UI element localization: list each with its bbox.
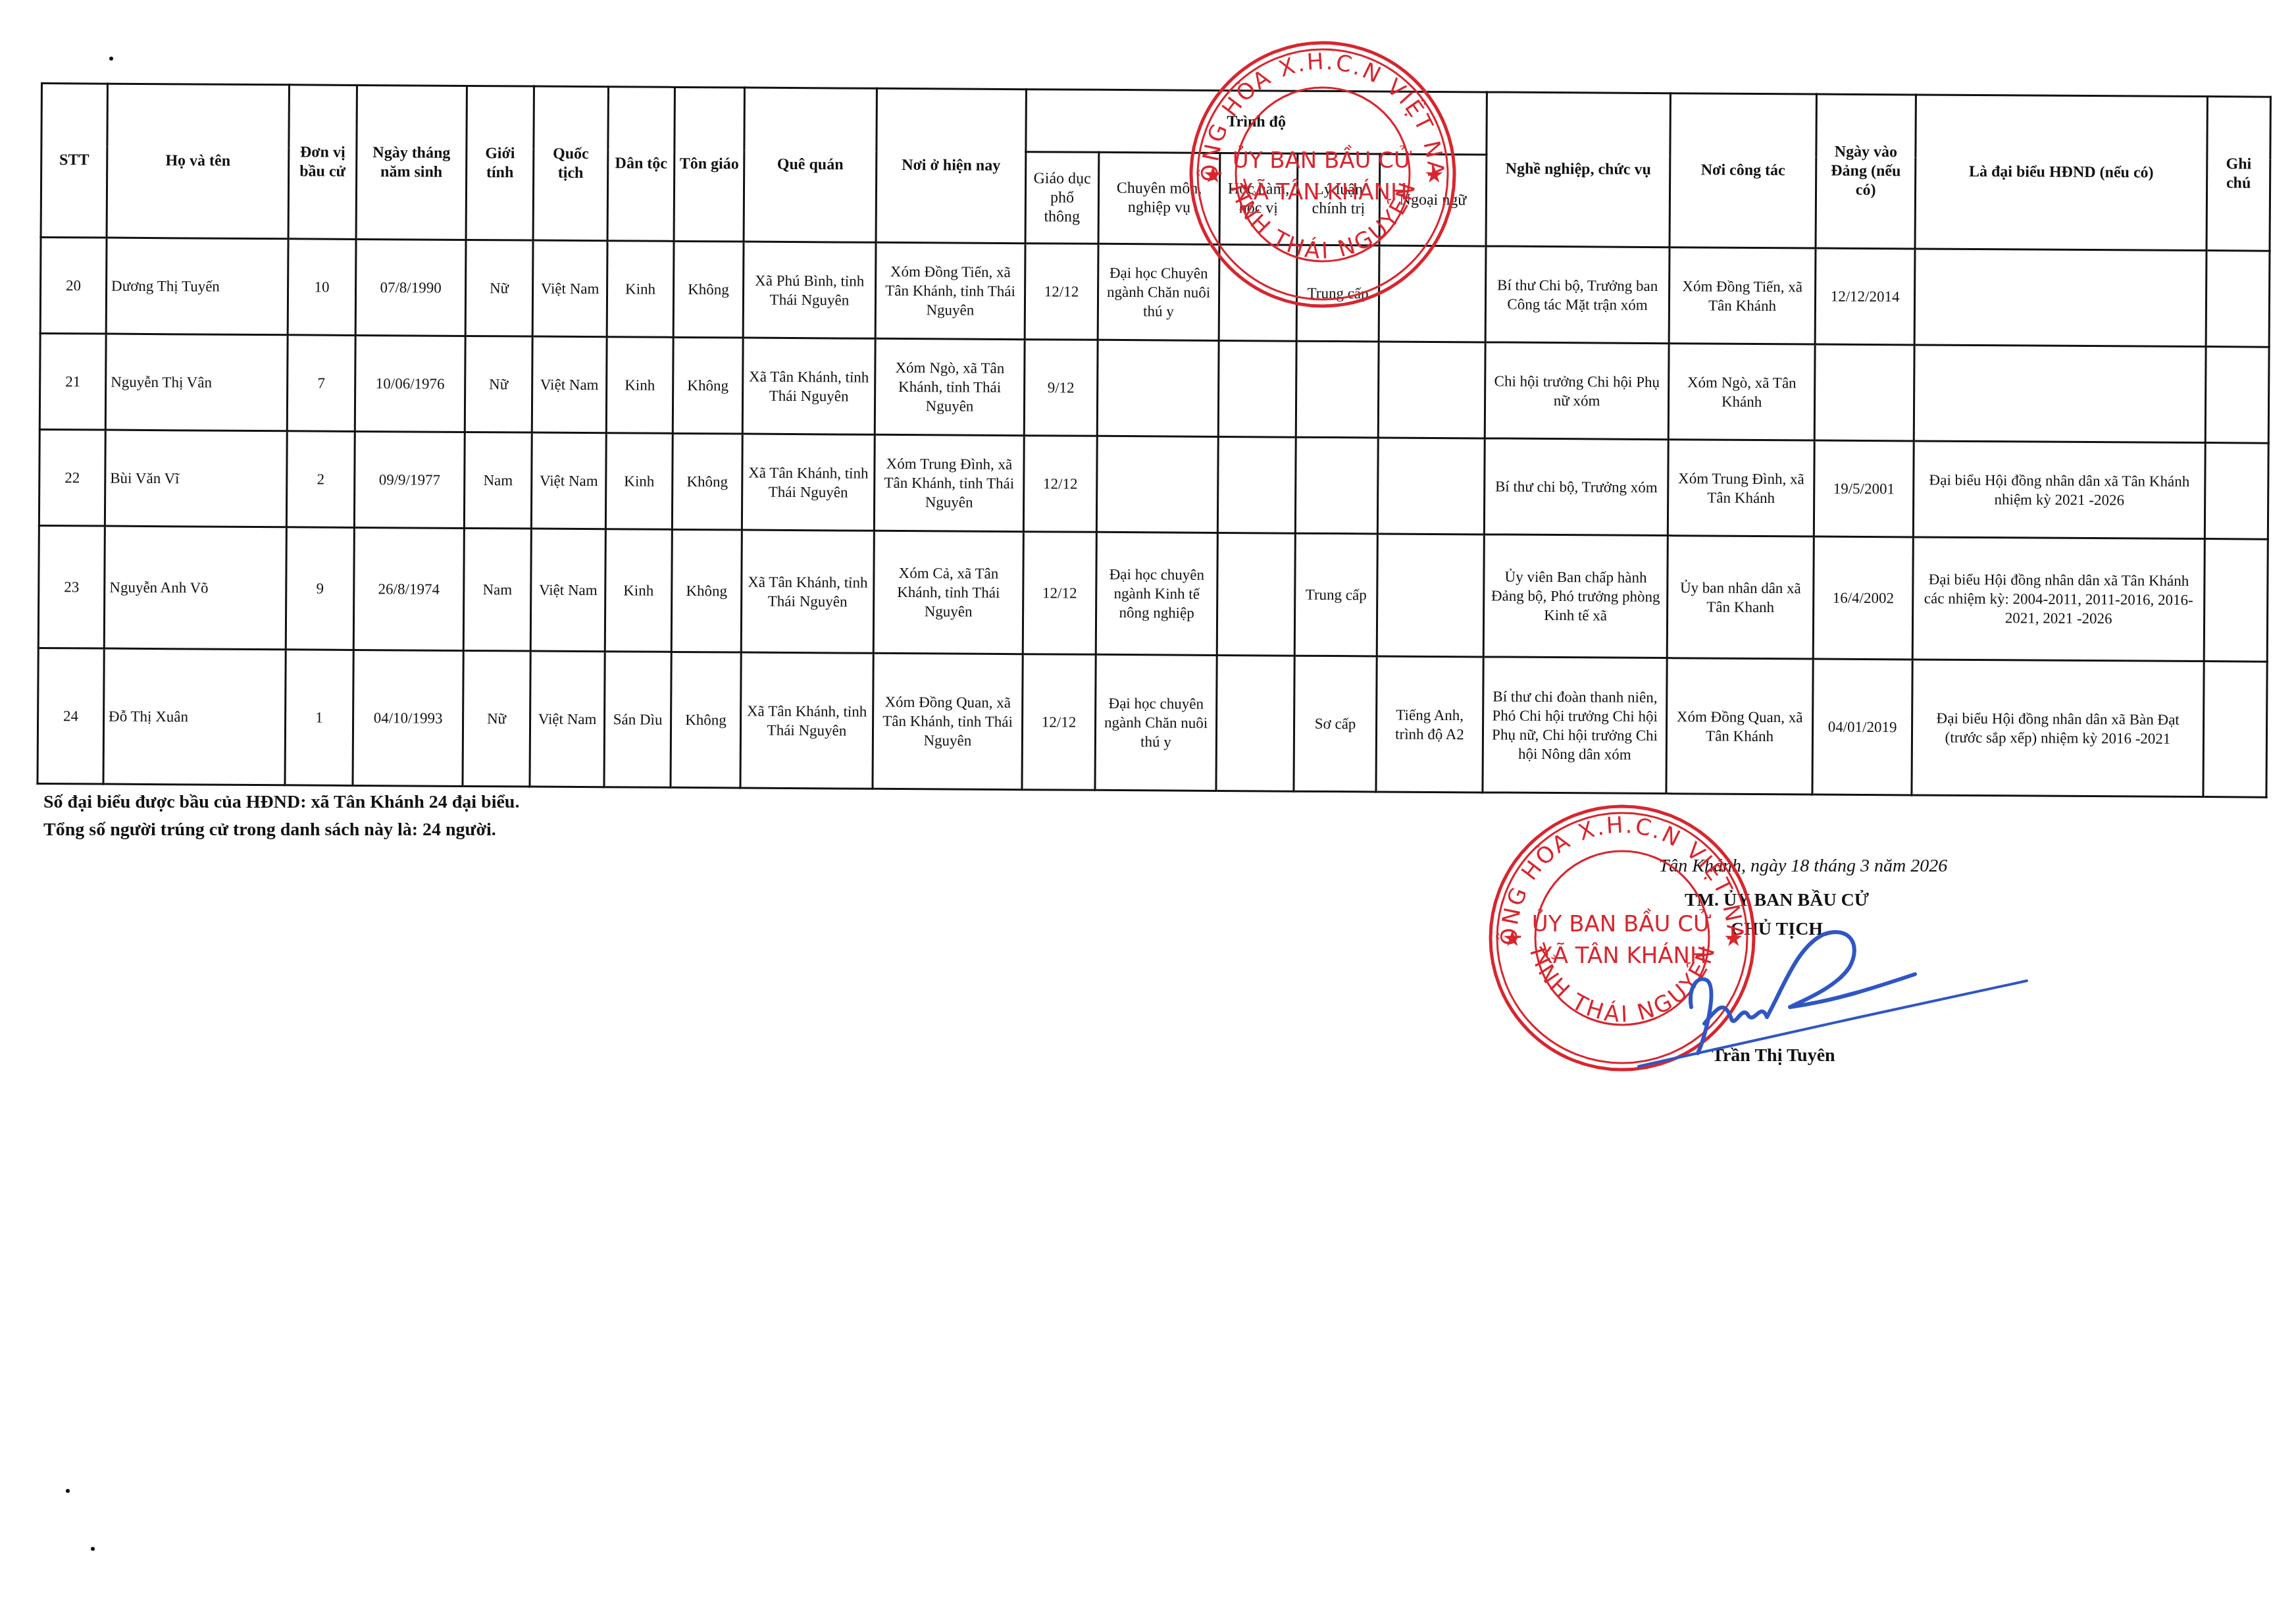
header-general-edu: Giáo dục phổ thông xyxy=(1025,152,1099,244)
cell-ethnicity: Kinh xyxy=(607,241,674,338)
cell-general-edu: 12/12 xyxy=(1023,436,1097,533)
cell-hometown: Xã Phú Bình, tỉnh Thái Nguyên xyxy=(743,242,876,338)
cell-workplace: Ủy ban nhân dân xã Tân Khanh xyxy=(1667,536,1814,659)
cell-religion: Không xyxy=(672,433,742,530)
cell-dob: 09/9/1977 xyxy=(354,431,465,528)
election-results-document: STT Họ và tên Đơn vị bầu cử Ngày tháng n… xyxy=(0,0,2296,1614)
sign-title: CHỦ TỊCH xyxy=(1533,919,2020,940)
header-education-group: Trình độ xyxy=(1026,90,1487,155)
cell-party-date: 16/4/2002 xyxy=(1813,536,1913,660)
summary-delegate-count: Số đại biểu được bầu của HĐND: xã Tân Kh… xyxy=(43,789,519,816)
cell-religion: Không xyxy=(673,337,743,434)
cell-religion: Không xyxy=(671,652,741,788)
cell-hometown: Xã Tân Khánh, tỉnh Thái Nguyên xyxy=(742,434,875,531)
cell-dob: 07/8/1990 xyxy=(355,239,466,336)
header-gender: Giới tính xyxy=(466,86,534,240)
cell-residence: Xóm Đồng Tiến, xã Tân Khánh, tỉnh Thái N… xyxy=(875,242,1025,339)
cell-name: Dương Thị Tuyến xyxy=(106,238,288,335)
signature-block: Tân Khánh, ngày 18 tháng 3 năm 2026 TM. … xyxy=(1533,856,2020,1066)
cell-specialty xyxy=(1096,436,1218,533)
cell-academic xyxy=(1218,340,1296,437)
cell-nationality: Việt Nam xyxy=(530,529,605,652)
header-council: Là đại biểu HĐND (nếu có) xyxy=(1915,95,2207,251)
cell-gender: Nữ xyxy=(465,240,533,336)
header-occupation: Nghề nghiệp, chức vụ xyxy=(1486,92,1670,247)
cell-political: Trung cấp xyxy=(1294,533,1377,656)
cell-gender: Nữ xyxy=(465,336,532,432)
header-stt: STT xyxy=(41,84,107,238)
cell-note xyxy=(2205,443,2268,540)
sign-date: Tân Khánh, ngày 18 tháng 3 năm 2026 xyxy=(1586,856,2020,877)
cell-specialty xyxy=(1097,340,1219,436)
header-specialty: Chuyên môn, nghiệp vụ xyxy=(1098,152,1220,244)
elected-delegates-table: STT Họ và tên Đơn vị bầu cử Ngày tháng n… xyxy=(36,82,2272,798)
cell-note xyxy=(2203,662,2267,798)
header-note: Ghi chú xyxy=(2207,97,2270,251)
cell-specialty: Đại học Chuyên ngành Chăn nuôi thú y xyxy=(1098,244,1219,340)
cell-name: Nguyễn Anh Võ xyxy=(104,526,286,650)
cell-political xyxy=(1296,341,1379,438)
cell-council xyxy=(1914,345,2206,443)
cell-party-date: 04/01/2019 xyxy=(1812,659,1912,795)
cell-note xyxy=(2205,347,2269,444)
cell-council: Đại biểu Hội đồng nhân dân xã Tân Khánh … xyxy=(1913,441,2205,539)
scan-speck xyxy=(109,57,113,61)
cell-workplace: Xóm Trung Đình, xã Tân Khánh xyxy=(1668,440,1814,536)
cell-unit: 9 xyxy=(286,527,354,650)
cell-residence: Xóm Đồng Quan, xã Tân Khánh, tỉnh Thái N… xyxy=(873,653,1023,789)
cell-name: Nguyễn Thị Vân xyxy=(105,334,288,431)
cell-dob: 04/10/1993 xyxy=(353,650,463,786)
cell-nationality: Việt Nam xyxy=(530,651,605,787)
cell-occupation: Bí thư Chi bộ, Trưởng ban Công tác Mặt t… xyxy=(1485,246,1670,344)
header-academic: Học hàm, học vị xyxy=(1219,153,1298,245)
cell-residence: Xóm Ngò, xã Tân Khánh, tỉnh Thái Nguyên xyxy=(875,338,1025,435)
cell-general-edu: 12/12 xyxy=(1023,532,1096,655)
cell-language xyxy=(1378,342,1485,438)
header-religion: Tôn giáo xyxy=(674,87,744,242)
cell-academic xyxy=(1216,655,1294,791)
header-party-date: Ngày vào Đảng (nếu có) xyxy=(1816,94,1916,249)
cell-academic xyxy=(1219,244,1297,341)
cell-unit: 2 xyxy=(286,431,355,528)
cell-occupation: Chi hội trưởng Chi hội Phụ nữ xóm xyxy=(1485,342,1669,440)
scan-speck xyxy=(91,1547,95,1551)
header-dob: Ngày tháng năm sinh xyxy=(356,85,467,240)
cell-academic xyxy=(1217,436,1296,533)
table-row: 24Đỗ Thị Xuân104/10/1993NữViệt NamSán Dì… xyxy=(38,648,2267,797)
header-unit: Đơn vị bầu cử xyxy=(288,85,357,240)
summary-elected-total: Tổng số người trúng cử trong danh sách n… xyxy=(43,816,519,844)
cell-party-date: 19/5/2001 xyxy=(1814,440,1914,537)
cell-name: Đỗ Thị Xuân xyxy=(103,648,286,785)
table-row: 23Nguyễn Anh Võ926/8/1974NamViệt NamKinh… xyxy=(38,525,2268,662)
cell-residence: Xóm Cả, xã Tân Khánh, tỉnh Thái Nguyên xyxy=(873,531,1023,654)
scan-speck xyxy=(66,1489,70,1493)
cell-hometown: Xã Tân Khánh, tỉnh Thái Nguyên xyxy=(740,652,873,789)
cell-academic xyxy=(1217,533,1295,656)
cell-language: Tiếng Anh, trình độ A2 xyxy=(1376,656,1483,793)
header-language: Ngoại ngữ xyxy=(1379,154,1487,246)
cell-general-edu: 12/12 xyxy=(1025,244,1098,340)
cell-party-date xyxy=(1814,344,1914,441)
cell-nationality: Việt Nam xyxy=(532,240,607,337)
header-ethnicity: Dân tộc xyxy=(607,87,675,242)
cell-unit: 7 xyxy=(287,335,355,432)
cell-party-date: 12/12/2014 xyxy=(1815,248,1915,345)
svg-text:★: ★ xyxy=(1502,927,1522,951)
header-workplace: Nơi công tác xyxy=(1670,93,1816,248)
cell-general-edu: 9/12 xyxy=(1024,340,1098,436)
cell-stt: 21 xyxy=(39,334,106,430)
cell-dob: 26/8/1974 xyxy=(353,527,464,650)
cell-workplace: Xóm Đồng Tiến, xã Tân Khánh xyxy=(1669,247,1816,344)
cell-gender: Nam xyxy=(463,528,531,651)
cell-ethnicity: Kinh xyxy=(605,433,673,530)
cell-language xyxy=(1377,534,1484,657)
cell-language xyxy=(1377,438,1485,534)
cell-general-edu: 12/12 xyxy=(1022,654,1096,791)
cell-nationality: Việt Nam xyxy=(531,432,606,529)
cell-workplace: Xóm Đồng Quan, xã Tân Khánh xyxy=(1666,658,1813,794)
cell-stt: 24 xyxy=(38,648,104,784)
cell-council: Đại biểu Hội đồng nhân dân xã Bàn Đạt (t… xyxy=(1912,660,2204,797)
header-name: Họ và tên xyxy=(107,84,289,239)
cell-religion: Không xyxy=(673,241,744,338)
header-hometown: Quê quán xyxy=(744,88,877,242)
cell-language xyxy=(1379,246,1486,342)
cell-religion: Không xyxy=(671,529,742,652)
cell-gender: Nam xyxy=(464,432,532,529)
cell-note xyxy=(2204,539,2268,662)
cell-gender: Nữ xyxy=(463,650,530,787)
cell-note xyxy=(2206,251,2270,348)
summary: Số đại biểu được bầu của HĐND: xã Tân Kh… xyxy=(43,789,519,844)
cell-stt: 22 xyxy=(39,429,105,526)
cell-stt: 20 xyxy=(40,238,107,334)
cell-ethnicity: Kinh xyxy=(605,529,672,652)
cell-dob: 10/06/1976 xyxy=(355,335,465,432)
cell-occupation: Ủy viên Ban chấp hành Đảng bộ, Phó trưởn… xyxy=(1483,534,1668,658)
cell-stt: 23 xyxy=(38,525,105,648)
cell-residence: Xóm Trung Đình, xã Tân Khánh, tỉnh Thái … xyxy=(874,434,1024,531)
cell-hometown: Xã Tân Khánh, tỉnh Thái Nguyên xyxy=(742,338,875,434)
cell-nationality: Việt Nam xyxy=(532,336,607,433)
cell-political: Sơ cấp xyxy=(1294,656,1377,792)
cell-unit: 1 xyxy=(285,650,353,786)
header-nationality: Quốc tịch xyxy=(533,86,608,241)
table-row: 20Dương Thị Tuyến1007/8/1990NữViệt NamKi… xyxy=(40,238,2270,348)
cell-specialty: Đại học chuyên ngành Chăn nuôi thú y xyxy=(1095,654,1217,791)
cell-council xyxy=(1914,249,2207,347)
cell-workplace: Xóm Ngò, xã Tân Khánh xyxy=(1668,344,1815,440)
header-residence: Nơi ở hiện nay xyxy=(876,88,1026,243)
table-row: 22Bùi Văn Vĩ209/9/1977NamViệt NamKinhKhô… xyxy=(39,429,2268,539)
sign-organization: TM. ỦY BAN BẦU CỬ xyxy=(1533,890,2020,911)
signer-name: Trần Thị Tuyên xyxy=(1527,1045,2020,1066)
cell-occupation: Bí thư chi bộ, Trưởng xóm xyxy=(1484,438,1668,536)
header-political: Lý luận chính trị xyxy=(1297,153,1380,246)
cell-unit: 10 xyxy=(288,239,356,336)
table-row: 21Nguyễn Thị Vân710/06/1976NữViệt NamKin… xyxy=(39,334,2269,444)
cell-ethnicity: Sán Dìu xyxy=(604,652,671,788)
cell-name: Bùi Văn Vĩ xyxy=(105,430,287,527)
cell-occupation: Bí thư chi đoàn thanh niên, Phó Chi hội … xyxy=(1483,657,1667,794)
cell-political: Trung cấp xyxy=(1296,245,1379,342)
cell-council: Đại biểu Hội đồng nhân dân xã Tân Khánh … xyxy=(1912,537,2205,662)
cell-political xyxy=(1295,437,1378,534)
cell-hometown: Xã Tân Khánh, tỉnh Thái Nguyên xyxy=(741,530,874,653)
cell-specialty: Đại học chuyên ngành Kinh tế nông nghiệp xyxy=(1096,532,1217,655)
cell-ethnicity: Kinh xyxy=(606,337,673,434)
